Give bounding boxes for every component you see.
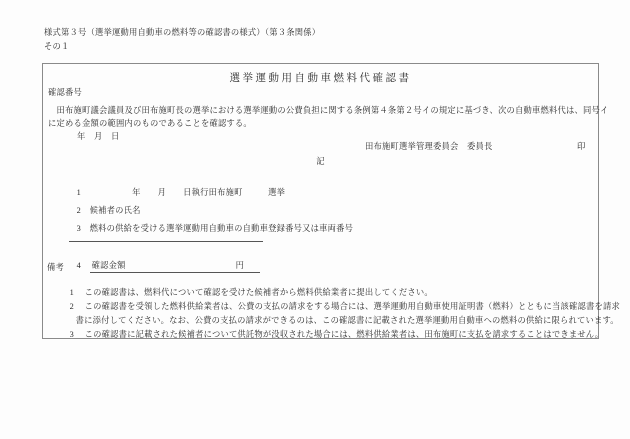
confirmation-number-label: 確認番号 <box>48 87 82 98</box>
body-text-line-2: に定める金額の範囲内のものであることを確認する。 <box>48 118 252 129</box>
form-part-label: その１ <box>44 41 70 52</box>
amount-label: 確認金額 <box>92 261 126 270</box>
issuer-committee-label: 田布施町選挙管理委員会 委員長 <box>365 141 492 152</box>
item-number: 4 <box>77 260 90 271</box>
form-border-box: 選挙運動用自動車燃料代確認書 確認番号 田布施町議会議員及び田布施町長の選挙にお… <box>42 63 599 339</box>
currency-unit-label: 円 <box>236 261 245 270</box>
record-marker: 記 <box>43 156 598 167</box>
amount-writein-line: 確認金額円 <box>90 260 261 273</box>
item-text: 燃料の供給を受ける選挙運動用自動車の自動車登録番号又は車両番号 <box>90 224 353 233</box>
vehicle-number-writein-line <box>69 233 263 242</box>
seal-placeholder: 印 <box>577 141 586 152</box>
date-line: 年 月 日 <box>77 131 120 142</box>
form-code-line: 様式第３号（選挙運動用自動車の燃料等の確認書の様式）（第３条関係） <box>44 27 320 38</box>
body-text-line-1: 田布施町議会議員及び田布施町長の選挙における選挙運動の公費負担に関する条例第４条… <box>48 105 608 116</box>
note-number: 3 <box>70 329 85 340</box>
remark-note-3: 3この確認書に記載された候補者について供託物が没収された場合には、燃料供給業者は… <box>56 318 603 351</box>
remarks-heading: 備考 <box>47 262 64 273</box>
scanned-form-page: 様式第３号（選挙運動用自動車の燃料等の確認書の様式）（第３条関係） その１ 選挙… <box>0 0 630 439</box>
note-text: この確認書に記載された候補者について供託物が没収された場合には、燃料供給業者は、… <box>85 330 604 339</box>
document-title: 選挙運動用自動車燃料代確認書 <box>43 73 598 84</box>
